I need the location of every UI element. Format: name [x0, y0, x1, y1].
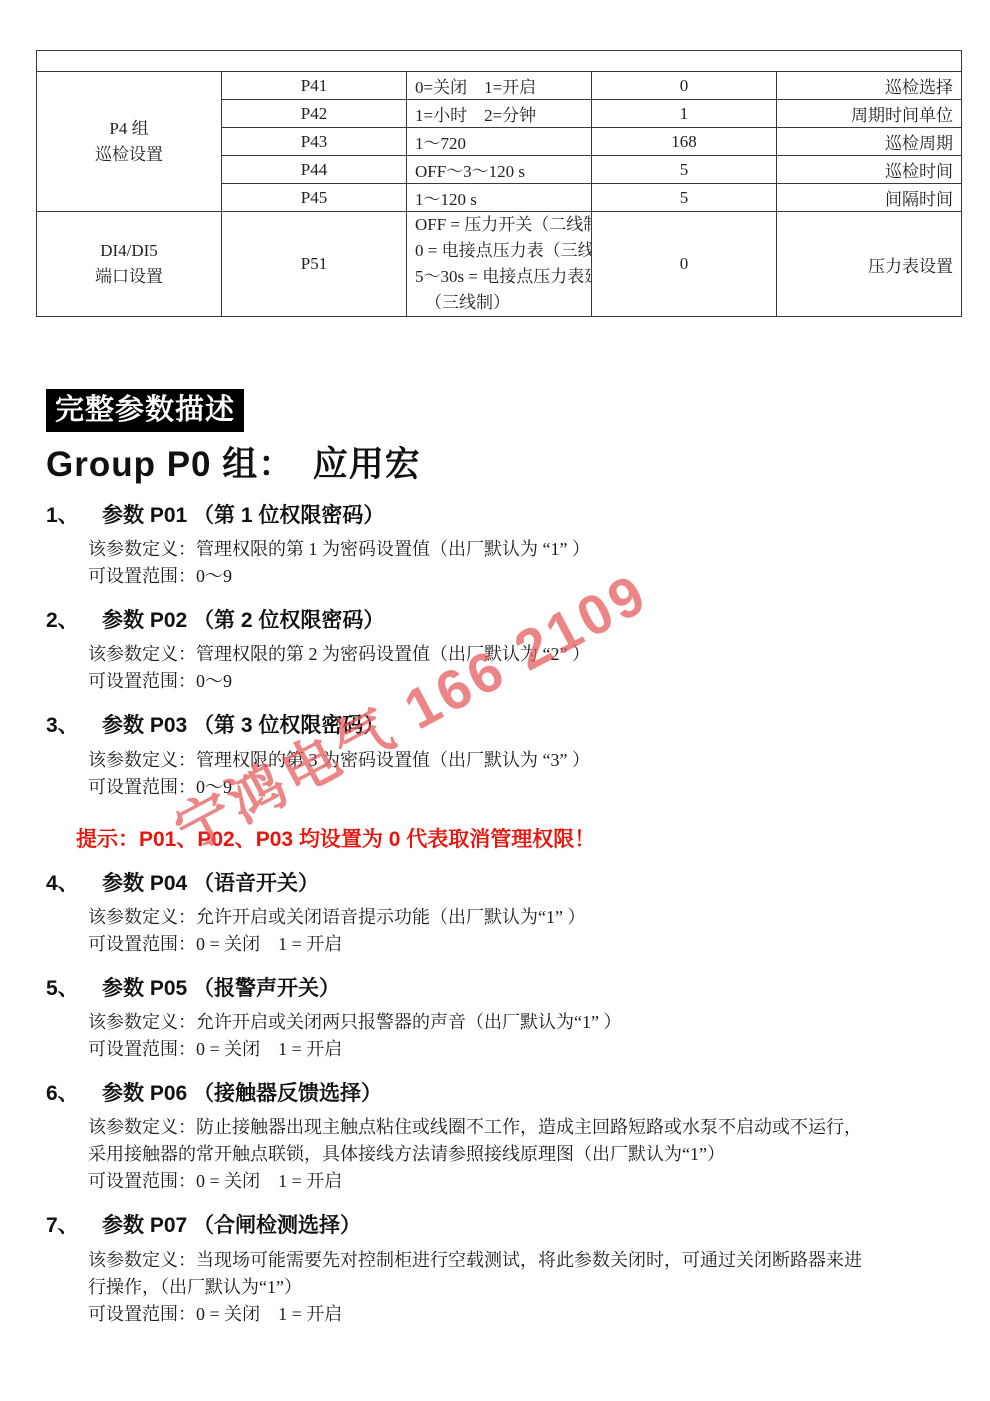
param-description-line: 该参数定义：管理权限的第 3 为密码设置值（出厂默认为 “3” ）: [88, 747, 990, 774]
param-section-p04: 4、 参数 P04 （语音开关） 该参数定义：允许开启或关闭语音提示功能（出厂默…: [0, 871, 990, 958]
param-description-line: 可设置范围：0～9: [88, 774, 990, 801]
default-value-cell: 168: [592, 128, 777, 156]
param-description-line: 可设置范围：0 = 关闭 1 = 开启: [88, 931, 990, 958]
param-range-cell: OFF = 压力开关（二线制） 0 = 电接点压力表（三线制） 5～30s = …: [407, 212, 592, 317]
param-description-line: 可设置范围：0 = 关闭 1 = 开启: [88, 1301, 990, 1328]
param-heading: 7、 参数 P07 （合闸检测选择）: [0, 1213, 990, 1239]
param-title: 参数 P02 （第 2 位权限密码）: [102, 608, 384, 634]
default-value-cell: 5: [592, 184, 777, 212]
param-description-line: 该参数定义：防止接触器出现主触点粘住或线圈不工作，造成主回路短路或水泵不启动或不…: [88, 1114, 990, 1141]
param-range-cell: 1=小时 2=分钟: [407, 100, 592, 128]
param-name-cell: 间隔时间: [777, 184, 962, 212]
param-name-cell: 巡检选择: [777, 72, 962, 100]
default-value-cell: 1: [592, 100, 777, 128]
param-heading: 3、 参数 P03 （第 3 位权限密码）: [0, 713, 990, 739]
group-label-line: DI4/DI5: [45, 238, 213, 264]
default-value-cell: 0: [592, 212, 777, 317]
param-code-cell: P41: [222, 72, 407, 100]
param-body: 该参数定义：允许开启或关闭两只报警器的声音（出厂默认为“1” ） 可设置范围：0…: [88, 1009, 990, 1063]
range-line: 5～30s = 电接点压力表延时启动: [415, 264, 583, 290]
param-heading: 6、 参数 P06 （接触器反馈选择）: [0, 1081, 990, 1107]
continuation-cell: [37, 51, 962, 72]
table-continuation-row: [37, 51, 962, 72]
param-number: 3、: [46, 713, 102, 739]
param-description-line: 可设置范围：0～9: [88, 563, 990, 590]
watermark-text: 宁鸿电气 166 2109: [159, 550, 660, 867]
param-number: 7、: [46, 1213, 102, 1239]
param-title: 参数 P05 （报警声开关）: [102, 976, 340, 1002]
param-description-line: 该参数定义：允许开启或关闭语音提示功能（出厂默认为“1” ）: [88, 904, 990, 931]
param-title: 参数 P07 （合闸检测选择）: [102, 1213, 361, 1239]
param-number: 4、: [46, 871, 102, 897]
group-label-cell-p4: P4 组 巡检设置: [37, 72, 222, 212]
param-section-p07: 7、 参数 P07 （合闸检测选择） 该参数定义：当现场可能需要先对控制柜进行空…: [0, 1213, 990, 1327]
param-description-line: 可设置范围：0～9: [88, 668, 990, 695]
param-description-line: 该参数定义：管理权限的第 1 为密码设置值（出厂默认为 “1” ）: [88, 536, 990, 563]
param-section-p06: 6、 参数 P06 （接触器反馈选择） 该参数定义：防止接触器出现主触点粘住或线…: [0, 1081, 990, 1195]
param-body: 该参数定义：管理权限的第 3 为密码设置值（出厂默认为 “3” ） 可设置范围：…: [88, 747, 990, 801]
group-label-line: 巡检设置: [45, 142, 213, 168]
param-title: 参数 P03 （第 3 位权限密码）: [102, 713, 384, 739]
param-description-line: 该参数定义：允许开启或关闭两只报警器的声音（出厂默认为“1” ）: [88, 1009, 990, 1036]
param-code-cell: P43: [222, 128, 407, 156]
param-body: 该参数定义：管理权限的第 2 为密码设置值（出厂默认为 “2” ） 可设置范围：…: [88, 641, 990, 695]
param-title: 参数 P06 （接触器反馈选择）: [102, 1081, 382, 1107]
param-name-cell: 压力表设置: [777, 212, 962, 317]
param-name-cell: 巡检时间: [777, 156, 962, 184]
param-code-cell: P45: [222, 184, 407, 212]
group-label-line: 端口设置: [45, 264, 213, 290]
param-range-cell: OFF～3～120 s: [407, 156, 592, 184]
param-description-line: 该参数定义：管理权限的第 2 为密码设置值（出厂默认为 “2” ）: [88, 641, 990, 668]
param-heading: 2、 参数 P02 （第 2 位权限密码）: [0, 608, 990, 634]
param-name-cell: 巡检周期: [777, 128, 962, 156]
parameter-table: P4 组 巡检设置 P41 0=关闭 1=开启 0 巡检选择 P42 1=小时 …: [36, 50, 962, 317]
param-code-cell: P42: [222, 100, 407, 128]
param-body: 该参数定义：当现场可能需要先对控制柜进行空载测试，将此参数关闭时，可通过关闭断路…: [88, 1247, 990, 1328]
param-code-cell: P51: [222, 212, 407, 317]
param-range-cell: 1～120 s: [407, 184, 592, 212]
param-number: 6、: [46, 1081, 102, 1107]
default-value-cell: 5: [592, 156, 777, 184]
default-value-cell: 0: [592, 72, 777, 100]
param-body: 该参数定义：管理权限的第 1 为密码设置值（出厂默认为 “1” ） 可设置范围：…: [88, 536, 990, 590]
param-heading: 1、 参数 P01 （第 1 位权限密码）: [0, 503, 990, 529]
param-description-line: 可设置范围：0 = 关闭 1 = 开启: [88, 1168, 990, 1195]
param-title: 参数 P04 （语音开关）: [102, 871, 319, 897]
range-line: 0 = 电接点压力表（三线制）: [415, 238, 583, 264]
section-header: 完整参数描述: [46, 389, 244, 432]
param-heading: 5、 参数 P05 （报警声开关）: [0, 976, 990, 1002]
param-range-cell: 1～720: [407, 128, 592, 156]
param-body: 该参数定义：允许开启或关闭语音提示功能（出厂默认为“1” ） 可设置范围：0 =…: [88, 904, 990, 958]
param-range-cell: 0=关闭 1=开启: [407, 72, 592, 100]
tip-text: 提示：P01、P02、P03 均设置为 0 代表取消管理权限！: [76, 823, 990, 853]
range-line: （三线制）: [415, 290, 583, 316]
param-section-p02: 2、 参数 P02 （第 2 位权限密码） 该参数定义：管理权限的第 2 为密码…: [0, 608, 990, 695]
param-name-cell: 周期时间单位: [777, 100, 962, 128]
table-row-p51: DI4/DI5 端口设置 P51 OFF = 压力开关（二线制） 0 = 电接点…: [37, 212, 962, 317]
range-line: OFF = 压力开关（二线制）: [415, 212, 583, 238]
param-description-line: 行操作，（出厂默认为“1”）: [88, 1274, 990, 1301]
param-code-cell: P44: [222, 156, 407, 184]
param-description-line: 采用接触器的常开触点联锁，具体接线方法请参照接线原理图（出厂默认为“1”）: [88, 1141, 990, 1168]
param-heading: 4、 参数 P04 （语音开关）: [0, 871, 990, 897]
param-section-p03: 3、 参数 P03 （第 3 位权限密码） 该参数定义：管理权限的第 3 为密码…: [0, 713, 990, 800]
group-label-line: P4 组: [45, 116, 213, 142]
param-number: 1、: [46, 503, 102, 529]
table-row-p41: P4 组 巡检设置 P41 0=关闭 1=开启 0 巡检选择: [37, 72, 962, 100]
group-label-cell-di: DI4/DI5 端口设置: [37, 212, 222, 317]
param-body: 该参数定义：防止接触器出现主触点粘住或线圈不工作，造成主回路短路或水泵不启动或不…: [88, 1114, 990, 1195]
param-title: 参数 P01 （第 1 位权限密码）: [102, 503, 384, 529]
param-description-line: 该参数定义：当现场可能需要先对控制柜进行空载测试，将此参数关闭时，可通过关闭断路…: [88, 1247, 990, 1274]
param-section-p01: 1、 参数 P01 （第 1 位权限密码） 该参数定义：管理权限的第 1 为密码…: [0, 503, 990, 590]
param-description-line: 可设置范围：0 = 关闭 1 = 开启: [88, 1036, 990, 1063]
group-title: Group P0 组： 应用宏: [46, 446, 990, 485]
param-section-p05: 5、 参数 P05 （报警声开关） 该参数定义：允许开启或关闭两只报警器的声音（…: [0, 976, 990, 1063]
param-number: 2、: [46, 608, 102, 634]
param-number: 5、: [46, 976, 102, 1002]
